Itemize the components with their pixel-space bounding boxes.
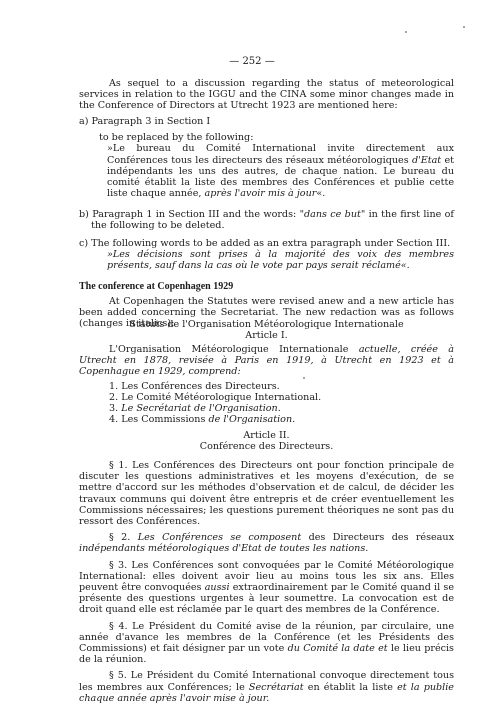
document-page: — 252 — As sequel to a discussion regard…	[0, 0, 504, 720]
list-item: 1. Les Conférences des Directeurs.	[109, 381, 454, 392]
item-c-text: c) The following words to be added as an…	[79, 238, 454, 249]
article2-body: § 1. Les Conférences des Directeurs ont …	[79, 460, 454, 704]
section-heading: The conference at Copenhagen 1929	[79, 281, 454, 292]
list-item: 3. Le Secrétariat de l'Organisation.	[109, 403, 454, 414]
article2-para-2: § 2. Les Conférences se composent des Di…	[79, 532, 454, 554]
article2-heading: Article II. Conférence des Directeurs.	[79, 430, 454, 452]
item-c: c) The following words to be added as an…	[79, 238, 454, 272]
item-b: b) Paragraph 1 in Section III and the wo…	[79, 209, 454, 231]
item-a-quote: »Le bureau du Comité International invit…	[79, 143, 454, 199]
article1-title: Article I.	[79, 330, 454, 341]
article1-body: L'Organisation Météorologique Internatio…	[79, 344, 454, 425]
scan-speck	[303, 377, 305, 379]
statutes-title: Statuts de l'Organisation Météorologique…	[79, 319, 454, 341]
item-c-quote: »Les décisions sont prises à la majorité…	[79, 249, 454, 271]
list-item: 4. Les Commissions de l'Organisation.	[109, 414, 454, 425]
intro-paragraph: As sequel to a discussion regarding the …	[79, 78, 454, 112]
item-a-sub: to be replaced by the following:	[79, 132, 454, 143]
article2-para-3: § 3. Les Conférences sont convoquées par…	[79, 560, 454, 616]
item-a: a) Paragraph 3 in Section I to be replac…	[79, 116, 454, 199]
intro-text: As sequel to a discussion regarding the …	[79, 78, 454, 112]
item-a-label: a) Paragraph 3 in Section I	[79, 116, 454, 127]
article2-para-1: § 1. Les Conférences des Directeurs ont …	[79, 460, 454, 527]
item-b-text: b) Paragraph 1 in Section III and the wo…	[79, 209, 454, 231]
page-number: — 252 —	[0, 56, 504, 67]
copenhagen-heading: The conference at Copenhagen 1929	[79, 281, 454, 292]
list-item: 2. Le Comité Météorologique Internationa…	[109, 392, 454, 403]
article2-para-5: § 5. Le Président du Comité Internationa…	[79, 670, 454, 704]
scan-speck	[463, 26, 465, 28]
scan-speck	[405, 31, 407, 33]
article2-para-4: § 4. Le Président du Comité avise de la …	[79, 621, 454, 666]
